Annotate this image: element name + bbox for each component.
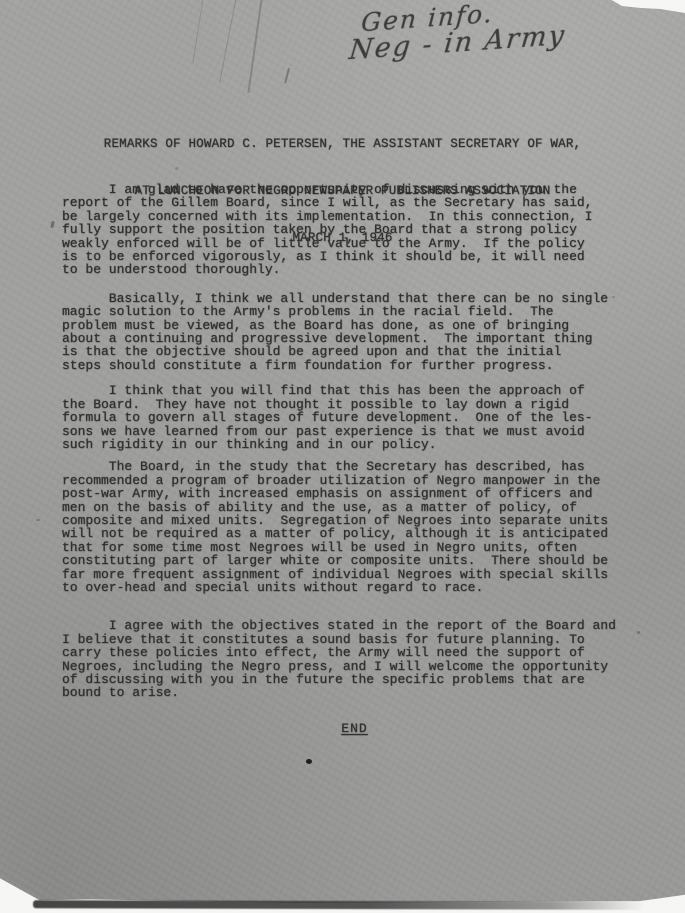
paper-speckle	[612, 296, 615, 298]
scan-background: Gen info. Neg - in Army REMARKS OF HOWAR…	[0, 0, 685, 913]
ink-dot	[306, 759, 312, 764]
handwritten-annotation: Gen info. Neg - in Army	[346, 0, 609, 66]
page-edge-shadow	[33, 900, 645, 910]
paper-speckle	[175, 167, 178, 170]
crease-mark	[219, 0, 237, 82]
paragraph-2: Basically, I think we all understand tha…	[62, 292, 647, 372]
paragraph-4: The Board, in the study that the Secreta…	[62, 460, 647, 594]
paragraph-5: I agree with the objectives stated in th…	[62, 619, 647, 699]
title-line-1: REMARKS OF HOWARD C. PETERSEN, THE ASSIS…	[40, 137, 645, 153]
document-body: I am glad to have the opportunity of dis…	[62, 183, 647, 735]
paragraph-3: I think that you will find that this has…	[62, 384, 647, 451]
pen-scratch-mark	[284, 68, 290, 84]
document-page: Gen info. Neg - in Army REMARKS OF HOWAR…	[0, 0, 685, 913]
paragraph-1: I am glad to have the opportunity of dis…	[62, 183, 647, 277]
crease-mark	[192, 0, 204, 63]
paper-speckle	[36, 519, 40, 521]
paper-speckle	[637, 631, 640, 634]
end-label: END	[62, 722, 647, 735]
crease-mark	[247, 0, 263, 93]
